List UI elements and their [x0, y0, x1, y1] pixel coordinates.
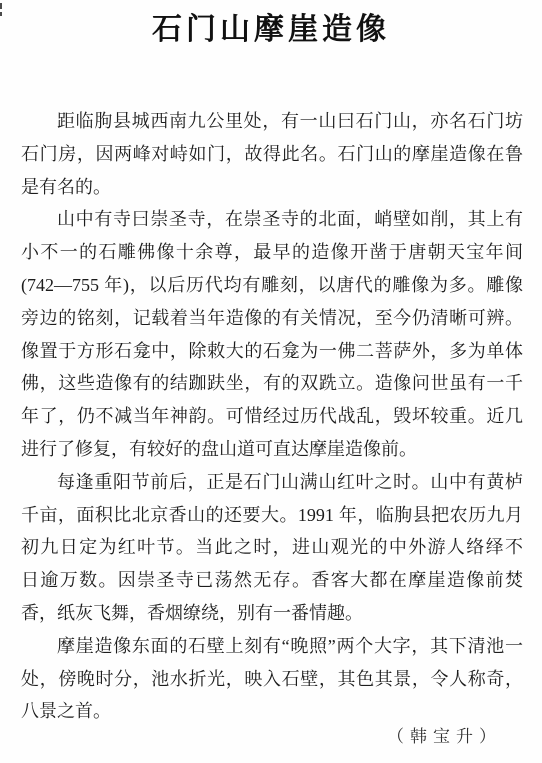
text-line: 初九日定为红叶节。当此之时，进山观光的中外游人络绎不绝，: [21, 531, 523, 564]
text-line: (742—755 年)，以后历代均有雕刻，以唐代的雕像为多。雕像: [21, 269, 523, 302]
document-body: 距临朐县城西南九公里处，有一山曰石门山，亦名石门坊或石门房，因两峰对峙如门，故得…: [21, 105, 523, 728]
text-line: 年了，仍不减当年神韵。可惜经过历代战乱，毁坏较重。近几年: [21, 400, 523, 433]
text-line: 每逢重阳节前后，正是石门山满山红叶之时。山中有黄栌: [21, 466, 523, 499]
text-line: 处，傍晚时分，池水折光，映入石壁，其色其景，令人称奇，是临朐: [21, 663, 523, 696]
text-line: 是有名的。: [21, 171, 523, 204]
text-line: 佛，这些造像有的结跏趺坐，有的双跣立。造像问世虽有一千余: [21, 367, 523, 400]
text-line: 旁边的铭刻，记载着当年造像的有关情况，至今仍清晰可辨。石: [21, 302, 523, 335]
text-line: 进行了修复，有较好的盘山道可直达摩崖造像前。: [21, 433, 523, 466]
text-line: 摩崖造像东面的石壁上刻有“晚照”两个大字，其下清池一: [21, 630, 523, 663]
text-line: 距临朐县城西南九公里处，有一山曰石门山，亦名石门坊或: [21, 105, 523, 138]
text-line: 石门房，因两峰对峙如门，故得此名。石门山的摩崖造像在鲁中: [21, 138, 523, 171]
text-line: 千亩，面积比北京香山的还要大。1991 年，临朐县把农历九月: [21, 499, 523, 532]
text-line: 日逾万数。因崇圣寺已荡然无存。香客大都在摩崖造像前焚: [21, 564, 523, 597]
text-line: 香，纸灰飞舞，香烟缭绕，别有一番情趣。: [21, 597, 523, 630]
text-line: 小不一的石雕佛像十余尊，最早的造像开凿于唐朝天宝年间: [21, 236, 523, 269]
text-line: 像置于方形石龛中，除敕大的石龛为一佛二菩萨外，多为单体坐: [21, 335, 523, 368]
author-attribution: （韩宝升）: [387, 722, 502, 747]
text-line: 山中有寺曰崇圣寺，在崇圣寺的北面，峭壁如削，其上有大: [21, 203, 523, 236]
document-page: 石门山摩崖造像 距临朐县城西南九公里处，有一山曰石门山，亦名石门坊或石门房，因两…: [0, 0, 542, 763]
page-title: 石门山摩崖造像: [0, 4, 542, 48]
